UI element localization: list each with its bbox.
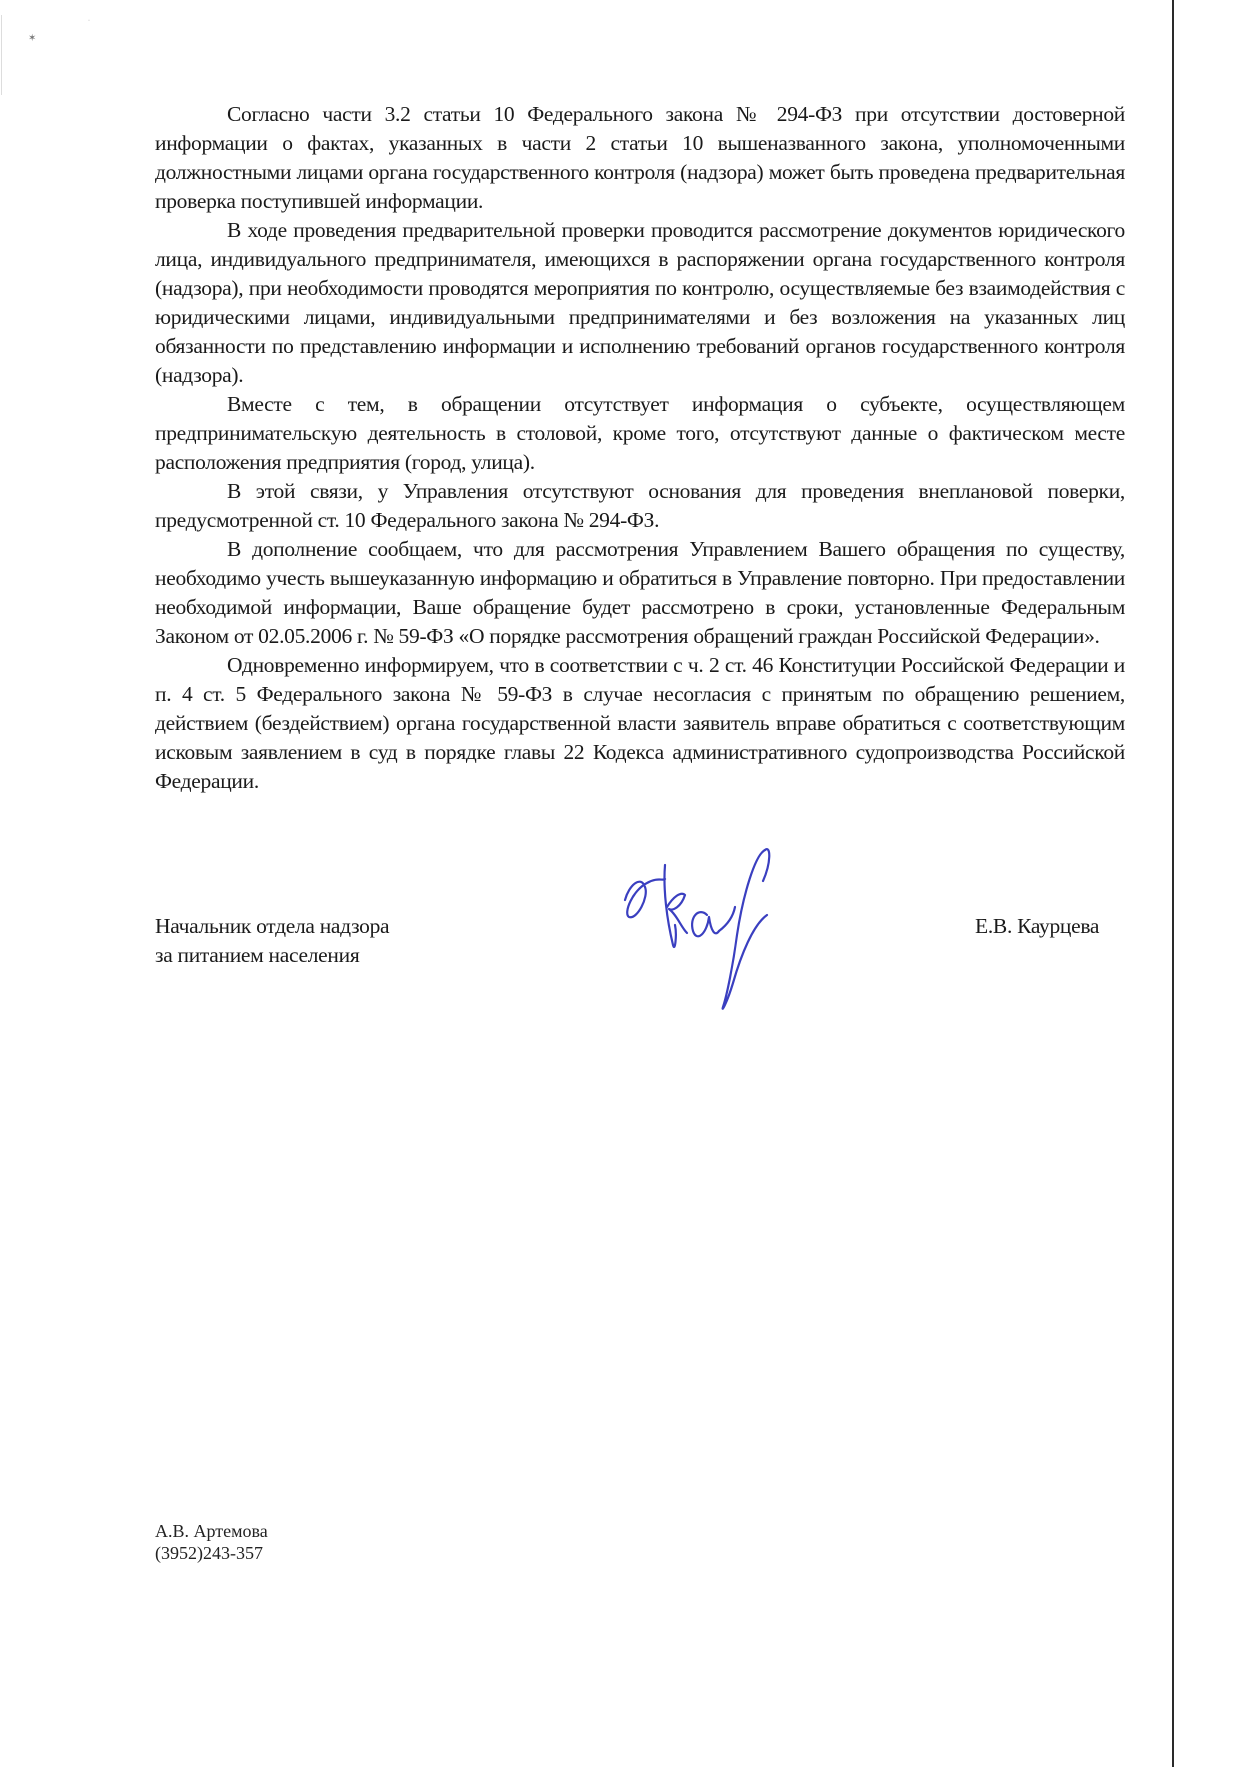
- scan-page-edge-line: [1172, 0, 1174, 1767]
- executor-phone: (3952)243-357: [155, 1542, 268, 1564]
- paragraph-preliminary-check-basis: Согласно части 3.2 статьи 10 Федеральног…: [155, 100, 1125, 216]
- handwritten-signature-icon: [615, 835, 795, 1015]
- signatory-position-line1: Начальник отдела надзора: [155, 912, 389, 941]
- paragraph-reapply: В дополнение сообщаем, что для рассмотре…: [155, 535, 1125, 651]
- scan-left-edge: [1, 15, 2, 95]
- paragraph-appeal-rights: Одновременно информируем, что в соответс…: [155, 651, 1125, 796]
- signatory-position-line2: за питанием населения: [155, 941, 389, 970]
- signatory-name: Е.В. Каурцева: [975, 912, 1099, 941]
- executor-name: А.В. Артемова: [155, 1520, 268, 1542]
- signatory-position: Начальник отдела надзора за питанием нас…: [155, 912, 389, 970]
- letter-body: Согласно части 3.2 статьи 10 Федеральног…: [155, 100, 1125, 796]
- paragraph-preliminary-check-procedure: В ходе проведения предварительной провер…: [155, 216, 1125, 390]
- scan-speck-mark: ·: [88, 18, 90, 24]
- paragraph-no-grounds: В этой связи, у Управления отсутствуют о…: [155, 477, 1125, 535]
- scan-speck-mark: ✶: [28, 34, 36, 44]
- executor-info: А.В. Артемова (3952)243-357: [155, 1520, 268, 1564]
- paragraph-missing-info: Вместе с тем, в обращении отсутствует ин…: [155, 390, 1125, 477]
